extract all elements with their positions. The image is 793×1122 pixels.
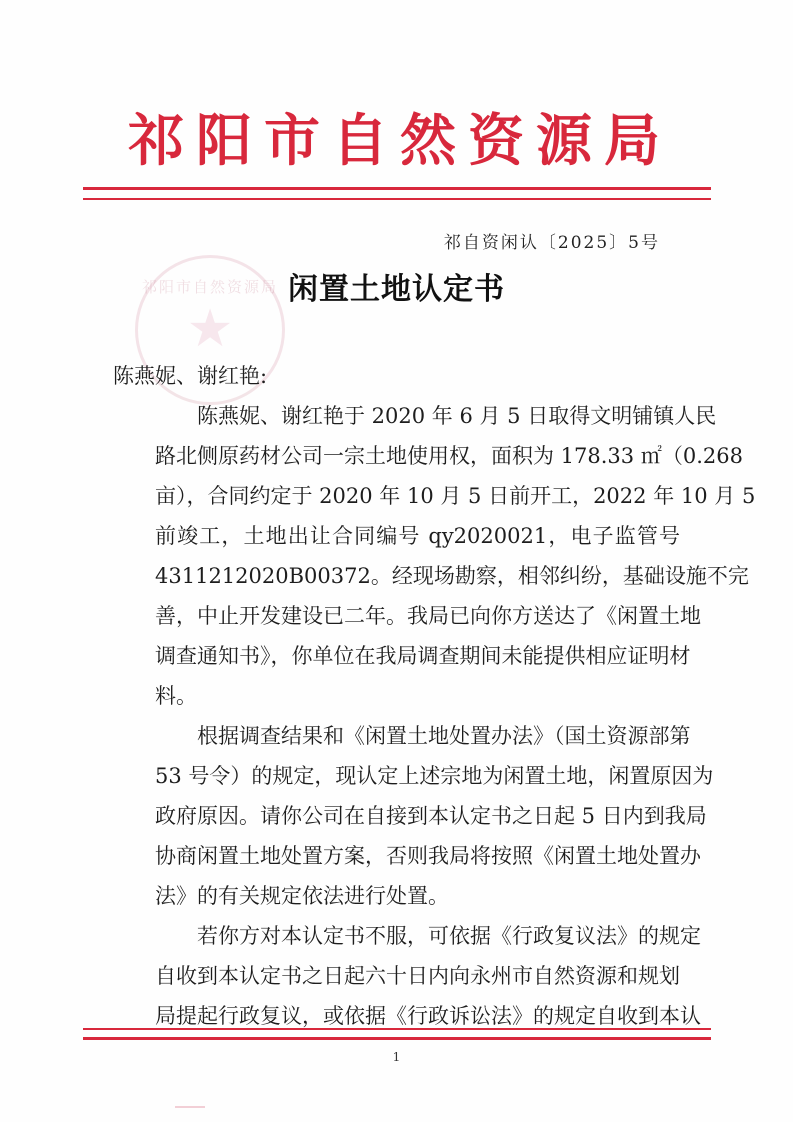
text-line: 料。 — [113, 676, 680, 716]
document-page: 祁阳市自然资源局 祁阳市自然资源局 ★ 祁自资闲认〔2025〕5号 闲置土地认定… — [0, 0, 793, 1122]
text-line: 政府原因。请你公司在自接到本认定书之日起 5 日内到我局 — [113, 796, 680, 836]
agency-letterhead-title: 祁阳市自然资源局 — [128, 106, 668, 176]
paragraph-determination: 根据调查结果和《闲置土地处置办法》（国土资源部第 53 号令）的规定，现认定上述… — [113, 716, 680, 916]
text-line: 前竣工，土地出让合同编号 qy2020021，电子监管号 — [113, 516, 680, 556]
text-line: 协商闲置土地处置方案，否则我局将按照《闲置土地处置办 — [113, 836, 680, 876]
document-title: 闲置土地认定书 — [0, 264, 793, 308]
text-line: 调查通知书》，你单位在我局调查期间未能提供相应证明材 — [113, 636, 680, 676]
text-line: 善，中止开发建设已二年。我局已向你方送达了《闲置土地 — [113, 596, 680, 636]
text-line: 根据调查结果和《闲置土地处置办法》（国土资源部第 — [113, 716, 680, 756]
text-line: 法》的有关规定依法进行处置。 — [113, 876, 680, 916]
letterhead-rule-thin — [83, 198, 711, 200]
page-number: 1 — [0, 1050, 793, 1064]
footer-rule-thin — [83, 1028, 711, 1030]
text-line: 亩），合同约定于 2020 年 10 月 5 日前开工，2022 年 10 月 … — [113, 476, 680, 516]
text-line: 路北侧原药材公司一宗土地使用权，面积为 178.33 ㎡（0.268 — [113, 436, 680, 476]
text-line: 4311212020B00372。经现场勘察，相邻纠纷，基础设施不完 — [113, 556, 680, 596]
scan-artifact — [175, 1106, 205, 1108]
text-line: 陈燕妮、谢红艳于 2020 年 6 月 5 日取得文明铺镇人民 — [113, 396, 680, 436]
salutation: 陈燕妮、谢红艳: — [113, 356, 680, 396]
text-line: 若你方对本认定书不服，可依据《行政复议法》的规定 — [113, 916, 680, 956]
paragraph-facts: 陈燕妮、谢红艳于 2020 年 6 月 5 日取得文明铺镇人民 路北侧原药材公司… — [113, 396, 680, 716]
text-line: 局提起行政复议，或依据《行政诉讼法》的规定自收到本认 — [113, 996, 680, 1036]
star-icon: ★ — [187, 304, 234, 356]
paragraph-appeal: 若你方对本认定书不服，可依据《行政复议法》的规定 自收到本认定书之日起六十日内向… — [113, 916, 680, 1036]
document-number: 祁自资闲认〔2025〕5号 — [444, 228, 660, 253]
text-line: 自收到本认定书之日起六十日内向永州市自然资源和规划 — [113, 956, 680, 996]
text-line: 53 号令）的规定，现认定上述宗地为闲置土地，闲置原因为 — [113, 756, 680, 796]
document-body: 陈燕妮、谢红艳: 陈燕妮、谢红艳于 2020 年 6 月 5 日取得文明铺镇人民… — [113, 356, 680, 1036]
footer-rule-thick — [83, 1037, 711, 1040]
letterhead-rule-thick — [83, 187, 711, 190]
